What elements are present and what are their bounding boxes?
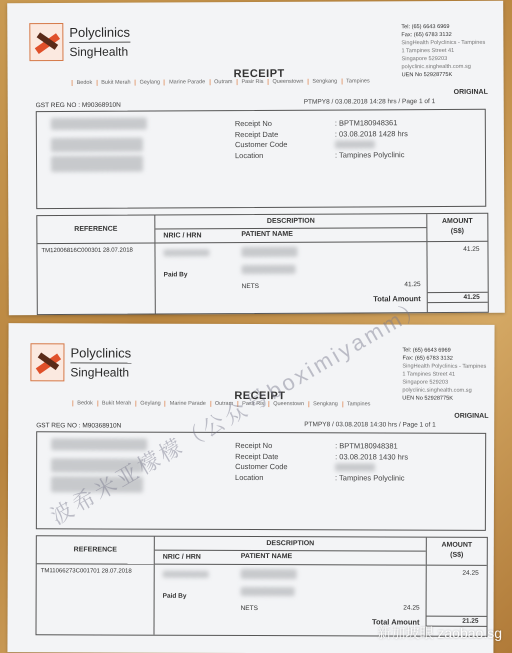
branch-item: Bedok (72, 80, 97, 86)
paid-by-label: Paid By (164, 271, 188, 278)
branch-item: Marine Parade (165, 401, 210, 407)
receipt-date-label: Receipt Date (235, 451, 278, 460)
payment-method: NETS (242, 283, 259, 290)
branch-list: BedokBukit MerahGeylangMarine ParadeOutr… (72, 78, 374, 86)
redacted-patient-name (242, 265, 296, 274)
branch-item: Sengkang (307, 79, 341, 85)
location-label: Location (235, 472, 263, 481)
receipt-2: Polyclinics SingHealth RECEIPT BedokBuki… (7, 323, 494, 653)
branch-item: Marine Parade (164, 79, 209, 85)
branch-item: Bedok (72, 400, 97, 406)
singhealth-logo-icon (29, 23, 63, 61)
branch-item: Geylang (135, 79, 165, 85)
receipt-no-label: Receipt No (235, 441, 272, 450)
total-amount-label: Total Amount (373, 294, 421, 303)
corner-watermark: 新加坡眼 zaobao.sg (378, 623, 503, 643)
branch-item: Tampines (341, 78, 374, 84)
copy-label: ORIGINAL (454, 413, 488, 420)
gst-reg-no: GST REG NO : M90368910N (36, 422, 121, 429)
receipt-info-box: Receipt No: BPTM180948381 Receipt Date: … (36, 431, 486, 531)
redacted-address (51, 118, 147, 131)
redacted-address (51, 156, 143, 172)
amount-header: AMOUNT(S$) (427, 538, 487, 566)
reference-value: TM12006816C000301 28.07.2018 (41, 248, 132, 254)
redacted-patient-name (241, 247, 297, 257)
location: : Tampines Polyclinic (335, 473, 405, 484)
redacted-address (51, 458, 143, 472)
logo-line1: Polyclinics (69, 25, 130, 43)
amount-header: AMOUNT(S$) (427, 214, 487, 242)
receipt-info-box: Receipt No: BPTM180948361 Receipt Date: … (36, 109, 487, 209)
charges-table: REFERENCE TM11066273C001701 28.07.2018 D… (35, 535, 487, 637)
redacted-nric (163, 571, 209, 578)
payment-amount: 41.25 (404, 281, 420, 288)
branch-item: Queenstown (267, 79, 307, 85)
receipt-no: : BPTM180948381 (335, 441, 398, 452)
uen: UEN No 52928775K (402, 395, 486, 403)
contact-block: Tel: (65) 6643 6969 Fax: (65) 6783 3132 … (401, 23, 485, 79)
receipt-date: : 03.08.2018 1430 hrs (335, 452, 408, 463)
receipt-no: : BPTM180948361 (335, 118, 398, 129)
redacted-address (51, 438, 147, 450)
logo: Polyclinics SingHealth (29, 23, 130, 62)
redacted-address (51, 138, 143, 152)
branch-item: Bukit Merah (96, 80, 134, 86)
receipt-date: : 03.08.2018 1428 hrs (335, 129, 408, 140)
logo: Polyclinics SingHealth (30, 343, 131, 381)
redacted-customer-code (335, 463, 375, 471)
city: Singapore 529203 (402, 379, 486, 387)
customer-code-label: Customer Code (235, 462, 288, 471)
line-amount: 24.25 (462, 570, 478, 577)
redacted-address (51, 476, 143, 492)
branch-item: Queenstown (268, 401, 308, 407)
branch-item: Tampines (342, 401, 375, 407)
receipt-date-label: Receipt Date (235, 129, 278, 138)
logo-line2: SingHealth (70, 363, 131, 379)
total-amount: 41.25 (463, 294, 479, 301)
redacted-nric (163, 249, 209, 256)
website: polyclinic.singhealth.com.sg (402, 387, 486, 395)
receipt-1: Polyclinics SingHealth RECEIPT BedokBuki… (7, 1, 505, 316)
location-label: Location (235, 150, 263, 159)
logo-line2: SingHealth (69, 43, 130, 59)
branch-item: Pasir Ris (236, 79, 267, 85)
branch-item: Bukit Merah (97, 400, 135, 406)
description-header: DESCRIPTION (155, 214, 426, 229)
location: : Tampines Polyclinic (335, 150, 405, 161)
branch-item: Pasir Ris (237, 401, 268, 407)
redacted-patient-name (241, 569, 297, 579)
branch-item: Outram (210, 401, 237, 407)
street: 1 Tampines Street 41 (402, 371, 486, 379)
payment-method: NETS (241, 605, 258, 612)
fax: Fax: (65) 6783 3132 (402, 355, 486, 363)
reference-value: TM11066273C001701 28.07.2018 (41, 568, 132, 574)
charges-table: REFERENCE TM12006816C000301 28.07.2018 D… (36, 213, 489, 315)
patient-name-header: PATIENT NAME (241, 553, 292, 560)
receipt-info: Receipt No: BPTM180948381 Receipt Date: … (235, 441, 288, 483)
customer-code-label: Customer Code (235, 140, 288, 149)
logo-line1: Polyclinics (70, 345, 131, 363)
reference-header: REFERENCE (37, 536, 154, 564)
line-amount: 41.25 (463, 246, 479, 253)
branch-item: Geylang (135, 401, 165, 407)
payment-amount: 24.25 (403, 605, 419, 612)
redacted-customer-code (335, 140, 375, 148)
gst-reg-no: GST REG NO : M90368910N (36, 102, 121, 109)
branch-item: Sengkang (308, 401, 342, 407)
page-line: PTMPY8 / 03.08.2018 14:30 hrs / Page 1 o… (304, 421, 436, 428)
paid-by-label: Paid By (163, 593, 187, 600)
receipt-info: Receipt No: BPTM180948361 Receipt Date: … (235, 119, 288, 161)
branch-list: BedokBukit MerahGeylangMarine ParadeOutr… (72, 400, 374, 407)
tel: Tel: (65) 6643 6969 (402, 347, 486, 355)
nric-header: NRIC / HRN (163, 232, 201, 239)
nric-header: NRIC / HRN (163, 554, 201, 561)
singhealth-logo-icon (30, 343, 64, 381)
org: SingHealth Polyclinics - Tampines (402, 363, 486, 371)
redacted-patient-name (241, 587, 295, 596)
org: SingHealth Polyclinics - Tampines (401, 39, 485, 47)
branch-item: Outram (209, 79, 236, 85)
receipt-no-label: Receipt No (235, 119, 272, 128)
reference-header: REFERENCE (37, 216, 154, 245)
contact-block: Tel: (65) 6643 6969 Fax: (65) 6783 3132 … (402, 347, 486, 403)
page-line: PTMPY8 / 03.08.2018 14:28 hrs / Page 1 o… (304, 98, 436, 106)
copy-label: ORIGINAL (454, 89, 488, 96)
description-header: DESCRIPTION (155, 537, 426, 552)
uen: UEN No 52928775K (402, 71, 486, 79)
patient-name-header: PATIENT NAME (241, 231, 293, 238)
